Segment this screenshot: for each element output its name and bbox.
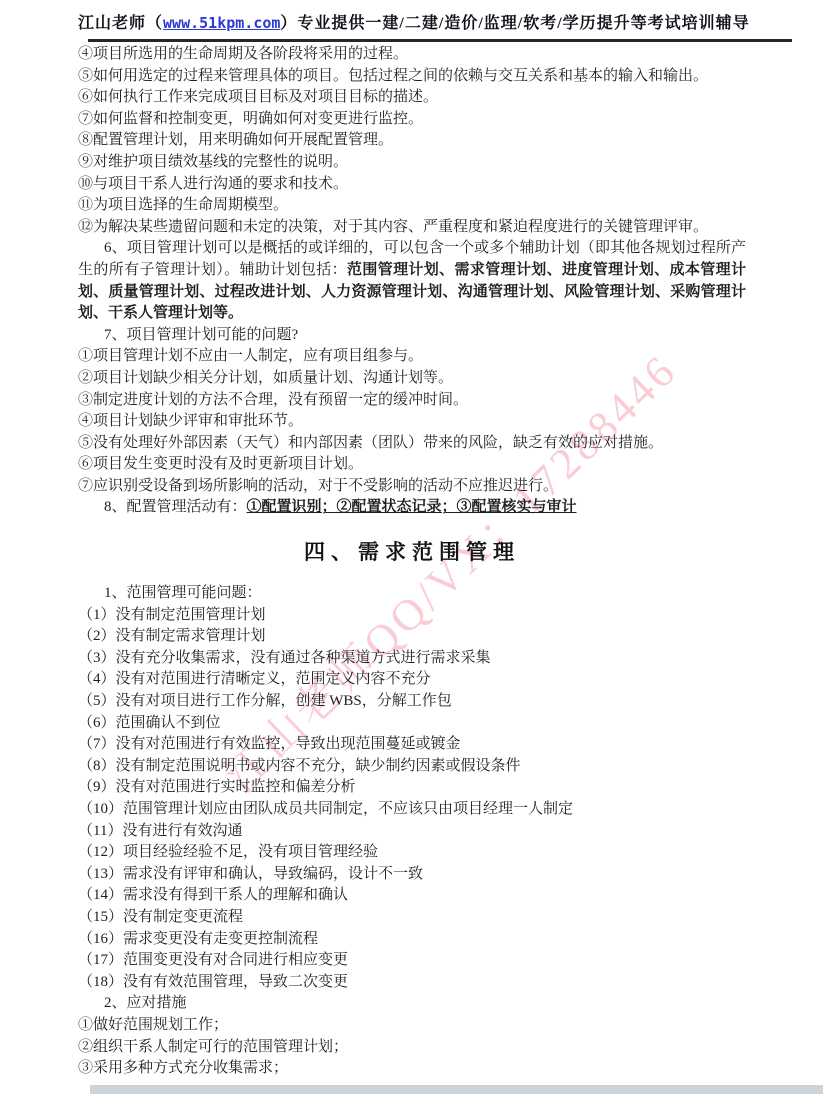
list-item: （9）没有对范围进行实时监控和偏差分析 xyxy=(78,777,746,799)
page-header: 江山老师（www.51kpm.com）专业提供一建/二建/造价/监理/软考/学历… xyxy=(78,10,746,33)
problems-title: 1、范围管理可能问题： xyxy=(78,583,746,605)
list-item: ②项目计划缺少相关分计划，如质量计划、沟通计划等。 xyxy=(78,368,746,390)
list-item: ③制定进度计划的方法不合理，没有预留一定的缓冲时间。 xyxy=(78,390,746,412)
list-item: ⑤没有处理好外部因素（天气）和内部因素（团队）带来的风险，缺乏有效的应对措施。 xyxy=(78,433,746,455)
list-item: （1）没有制定范围管理计划 xyxy=(78,605,746,627)
list-item: ⑩与项目干系人进行沟通的要求和技术。 xyxy=(78,174,746,196)
list-item: （16）需求变更没有走变更控制流程 xyxy=(78,929,746,951)
list-item: ⑥项目发生变更时没有及时更新项目计划。 xyxy=(78,454,746,476)
list-item: （13）需求没有评审和确认，导致编码，设计不一致 xyxy=(78,864,746,886)
paragraph-6: 6、项目管理计划可以是概括的或详细的，可以包含一个或多个辅助计划（即其他各规划过… xyxy=(78,238,746,324)
paragraph-8: 8、配置管理活动有：①配置识别；②配置状态记录；③配置核实与审计 xyxy=(78,497,746,519)
list-item: （2）没有制定需求管理计划 xyxy=(78,626,746,648)
list-item: （7）没有对范围进行有效监控，导致出现范围蔓延或镀金 xyxy=(78,734,746,756)
paragraph-8-normal: 8、配置管理活动有： xyxy=(104,499,247,515)
list-item: ①项目管理计划不应由一人制定，应有项目组参与。 xyxy=(78,346,746,368)
header-link[interactable]: www.51kpm.com xyxy=(163,14,280,32)
list-item: ⑨对维护项目绩效基线的完整性的说明。 xyxy=(78,152,746,174)
list-item: （18）没有有效范围管理，导致二次变更 xyxy=(78,972,746,994)
list-item: ⑦如何监督和控制变更，明确如何对变更进行监控。 xyxy=(78,109,746,131)
list-item: ⑧配置管理计划，用来明确如何开展配置管理。 xyxy=(78,130,746,152)
list-item: （11）没有进行有效沟通 xyxy=(78,821,746,843)
measures-title: 2、应对措施 xyxy=(78,993,746,1015)
list-item: ④项目所选用的生命周期及各阶段将采用的过程。 xyxy=(78,44,746,66)
list-item: （15）没有制定变更流程 xyxy=(78,907,746,929)
list-item: ①做好范围规划工作； xyxy=(78,1015,746,1037)
list-item: （6）范围确认不到位 xyxy=(78,713,746,735)
bottom-edge-bar xyxy=(90,1085,823,1094)
list-item: （8）没有制定范围说明书或内容不充分，缺少制约因素或假设条件 xyxy=(78,756,746,778)
section-heading: 四、需求范围管理 xyxy=(78,535,746,569)
list-item: （12）项目经验经验不足，没有项目管理经验 xyxy=(78,842,746,864)
list-item: （5）没有对项目进行工作分解，创建 WBS，分解工作包 xyxy=(78,691,746,713)
list-item: ⑦应识别受设备到场所影响的活动，对于不受影响的活动不应推迟进行。 xyxy=(78,476,746,498)
list-item: （17）范围变更没有对合同进行相应变更 xyxy=(78,950,746,972)
list-item: ④项目计划缺少评审和审批环节。 xyxy=(78,411,746,433)
list-item: ⑪为项目选择的生命周期模型。 xyxy=(78,195,746,217)
list-item: ⑤如何用选定的过程来管理具体的项目。包括过程之间的依赖与交互关系和基本的输入和输… xyxy=(78,66,746,88)
list-item: （3）没有充分收集需求，没有通过各种渠道方式进行需求采集 xyxy=(78,648,746,670)
document-page: 江山老师（www.51kpm.com）专业提供一建/二建/造价/监理/软考/学历… xyxy=(0,0,823,1094)
list-item: （10）范围管理计划应由团队成员共同制定，不应该只由项目经理一人制定 xyxy=(78,799,746,821)
paragraph-7-title: 7、项目管理计划可能的问题? xyxy=(78,325,746,347)
list-item: ⑫为解决某些遗留问题和未定的决策，对于其内容、严重程度和紧迫程度进行的关键管理评… xyxy=(78,217,746,239)
header-text-suffix: ）专业提供一建/二建/造价/监理/软考/学历提升等考试培训辅导 xyxy=(280,15,749,32)
document-body: ④项目所选用的生命周期及各阶段将采用的过程。 ⑤如何用选定的过程来管理具体的项目… xyxy=(78,44,746,1080)
header-divider xyxy=(88,39,792,42)
list-item: ⑥如何执行工作来完成项目目标及对项目目标的描述。 xyxy=(78,87,746,109)
header-text-prefix: 江山老师（ xyxy=(78,15,163,32)
list-item: （14）需求没有得到干系人的理解和确认 xyxy=(78,885,746,907)
paragraph-8-bold-underline: ①配置识别；②配置状态记录；③配置核实与审计 xyxy=(247,499,577,515)
list-item: （4）没有对范围进行清晰定义，范围定义内容不充分 xyxy=(78,669,746,691)
list-item: ②组织干系人制定可行的范围管理计划； xyxy=(78,1037,746,1059)
list-item: ③采用多种方式充分收集需求； xyxy=(78,1058,746,1080)
